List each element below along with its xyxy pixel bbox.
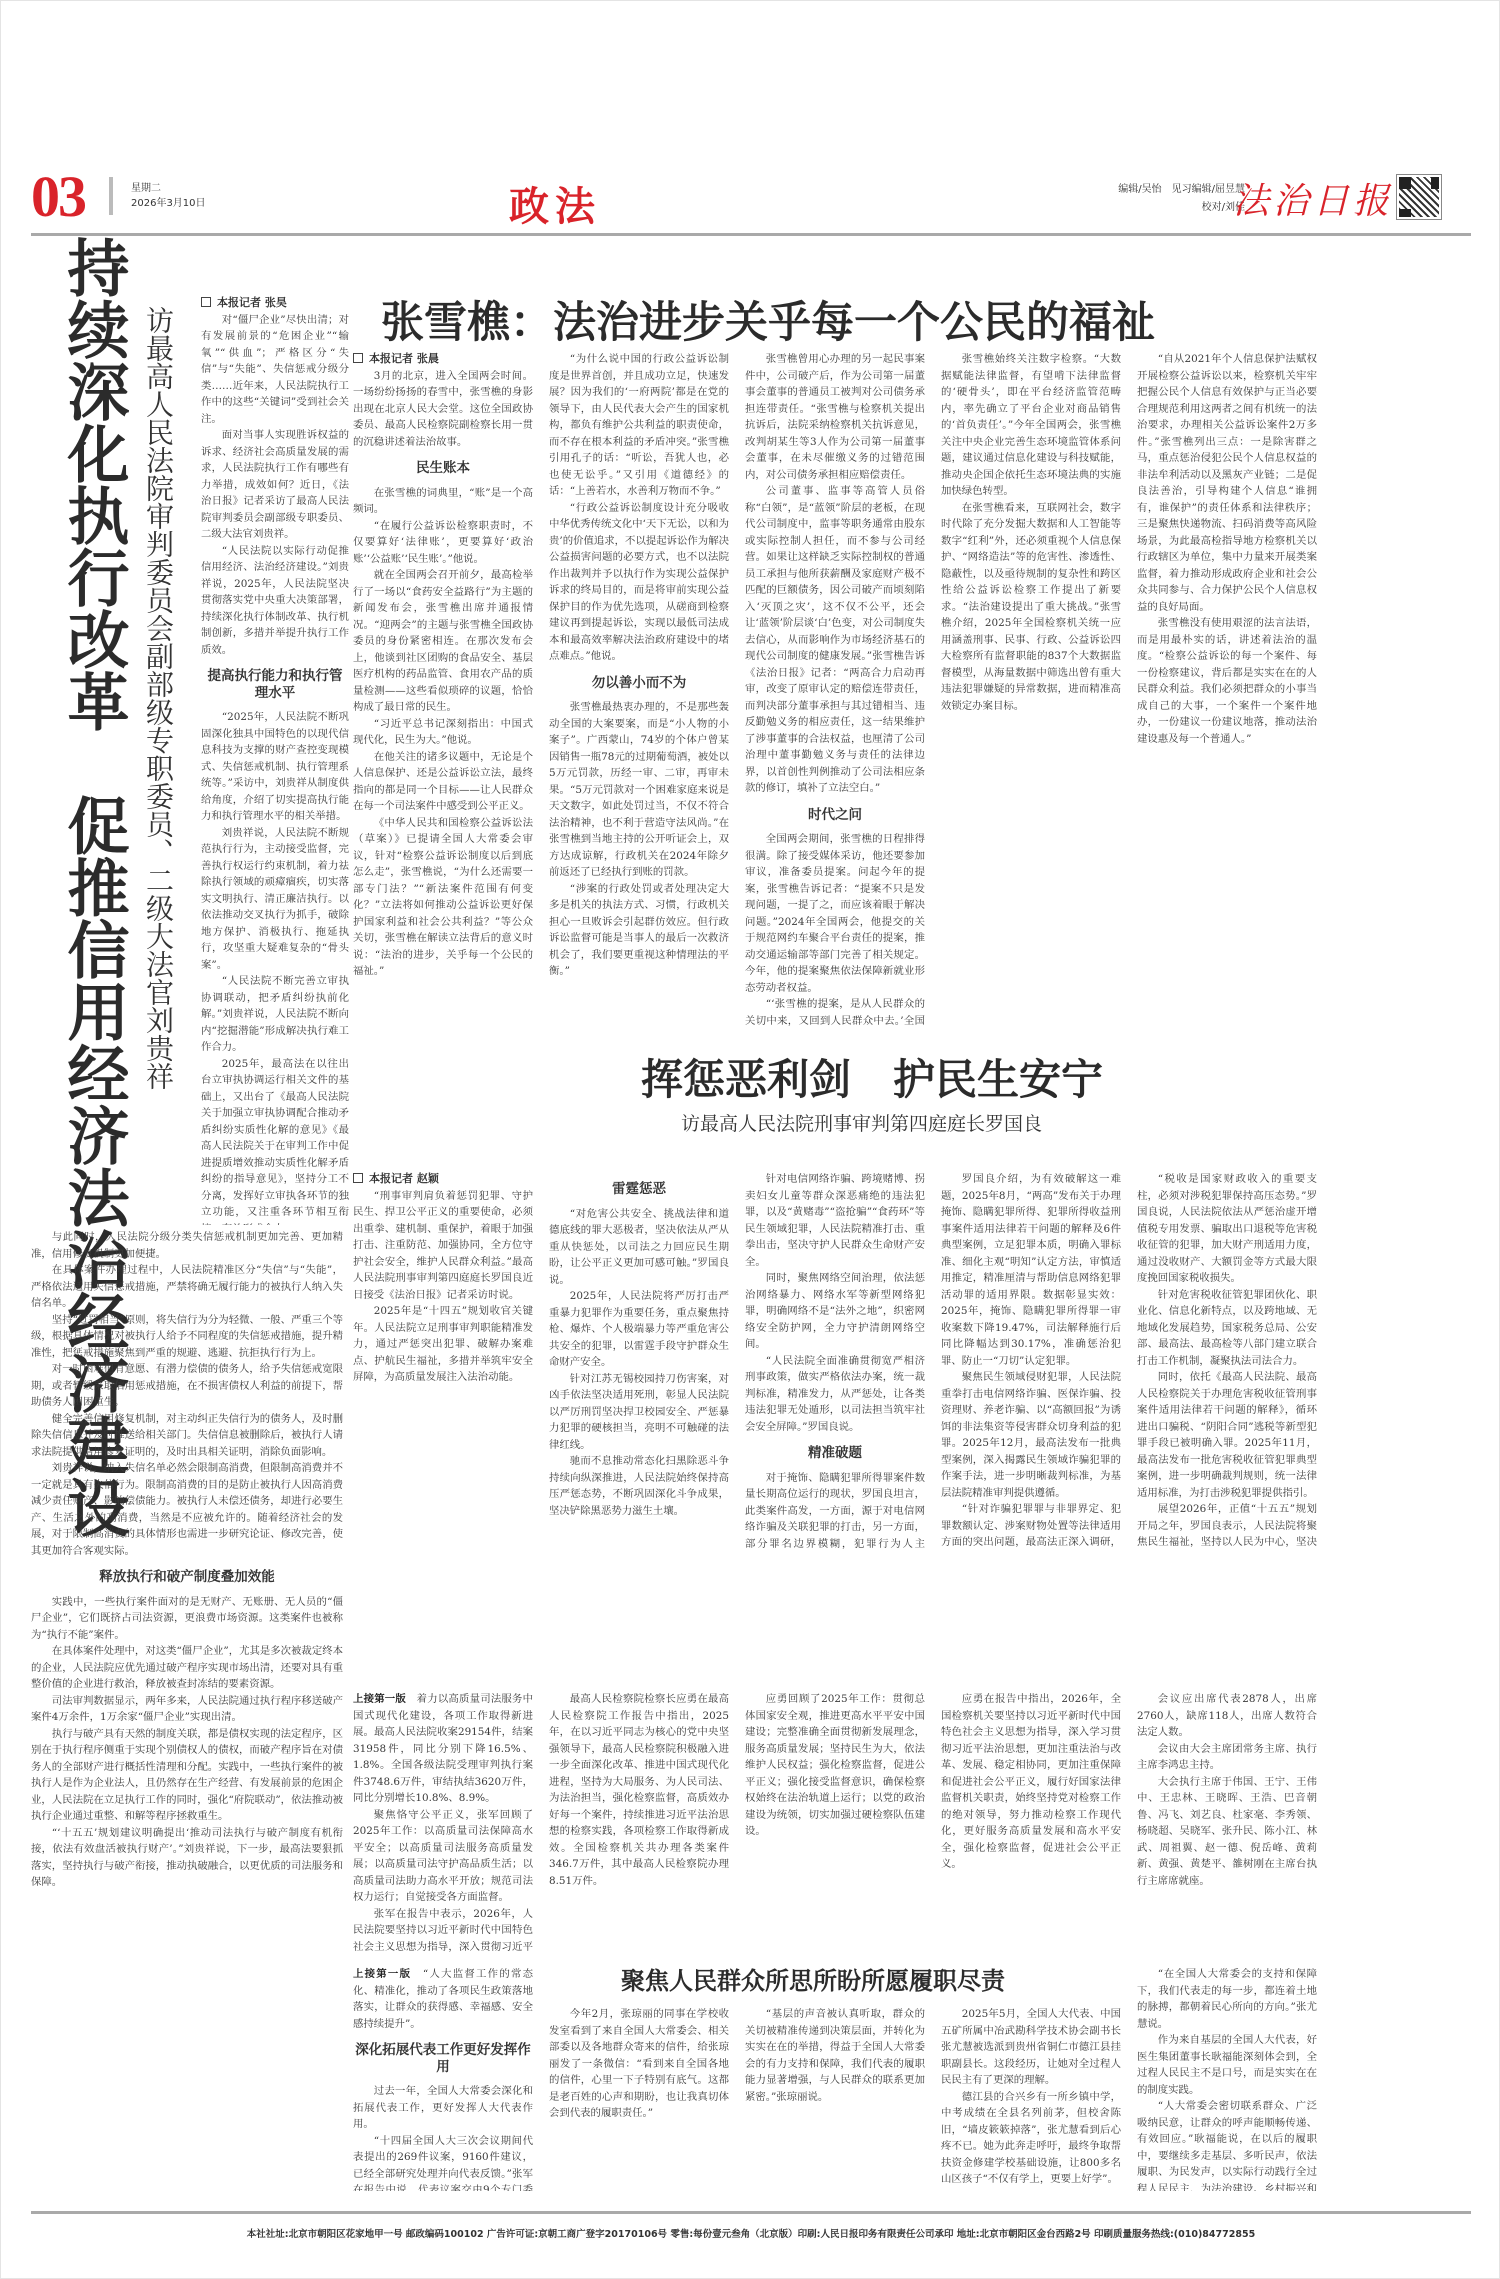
byline-box-icon [353, 353, 363, 363]
story2-column-3: 张雪樵曾用心办理的另一起民事案件中，公司破产后，作为公司第一届董事会董事的普通员… [745, 351, 925, 1031]
paragraph: 同时，聚焦网络空间治理，依法惩治网络暴力、网络水军等新型网络犯罪，明确网络不是“… [745, 1270, 925, 1353]
paragraph: 张雪樵没有使用艰涩的法言法语，而是用最朴实的话，讲述着法治的温度。“检察公益诉讼… [1137, 615, 1317, 747]
byline-box-icon [353, 1173, 363, 1183]
paragraph: 德江县的合兴乡有一所乡镇中学，中考成绩在全县名列前茅，但校舍陈旧，“墙皮簌簌掉落… [941, 2089, 1121, 2188]
story2-column-2: “为什么说中国的行政公益诉讼制度是世界首创，并且成功立足，快速发展？因为我们的‘… [549, 351, 729, 1031]
masthead: 03 星期二 2026年3月10日 政法 编辑/吴怡 见习编辑/屈昱慧 校对/刘… [31, 173, 1471, 233]
story1-byline: 本报记者 张昊 [201, 295, 349, 312]
paragraph: 张雪樵曾用心办理的另一起民事案件中，公司破产后，作为公司第一届董事会董事的普通员… [745, 351, 925, 483]
story1-column-2: 与此同时，人民法院分级分类失信惩戒机制更加完善、更加精准，信用修复机制更加便捷。… [31, 1229, 343, 2189]
paragraph: “人大常委会密切联系群众、广泛吸纳民意，让群众的呼声能顺畅传递、有效回应。”耿福… [1137, 2098, 1317, 2191]
paragraph: 刘贵祥说，人民法院不断规范执行行为，主动接受监督，完善执行权运行约束机制，着力祛… [201, 825, 349, 974]
continued-label: 上接第一版 [353, 1693, 406, 1705]
issue-date: 2026年3月10日 [131, 196, 206, 211]
story1-subhead-3: 释放执行和破产制度叠加效能 [31, 1569, 343, 1586]
paragraph: 在张雪樵的词典里，“账”是一个高频词。 [353, 485, 533, 518]
story6-column-4: “在全国人大常委会的支持和保障下，我们代表走的每一步，都连着土地的脉搏，都朝着民… [1137, 1966, 1317, 2191]
paragraph: “人民法院以实际行动促推信用经济、法治经济建设。”刘贵祥说，2025年，人民法院… [201, 543, 349, 659]
paragraph: 对“僵尸企业”尽快出清；对有发展前景的“危困企业”“输氧”“供血”；严格区分“失… [201, 312, 349, 428]
paragraph: “‘张雪樵的提案，是从人民群众的关切中来，又回到人民群众中去。’全国政协提案委员… [745, 996, 925, 1031]
story1-subheadline: 访最高人民法院审判委员会副部级专职委员、二级大法官刘贵祥 [141, 306, 175, 1090]
paragraph: “2025年，人民法院不断巩固深化独具中国特色的以现代信息科技为支撑的财产查控变… [201, 709, 349, 825]
footer-imprint: 本社社址:北京市朝阳区花家地甲一号 邮政编码100102 广告许可证:京朝工商广… [1, 2226, 1500, 2240]
paragraph: 面对当事人实现胜诉权益的诉求、经济社会高质量发展的需求，人民法院执行工作有哪些有… [201, 427, 349, 543]
footer-rule [31, 2211, 1471, 2214]
qr-code-icon[interactable] [1397, 175, 1441, 219]
weekday: 星期二 [131, 181, 206, 196]
paragraph: 针对电信网络诈骗、跨境赌博、拐卖妇女儿童等群众深恶痛绝的违法犯罪，以及“黄赌毒”… [745, 1171, 925, 1270]
story2-column-5: “自从2021年个人信息保护法赋权开展检察公益诉讼以来，检察机关牢牢把握公民个人… [1137, 351, 1317, 1031]
story4-column-2: 最高人民检察院检察长应勇在最高人民检察院工作报告中指出，2025年，在以习近平同… [549, 1691, 729, 1956]
proofreader-line: 校对/刘佳 [1118, 199, 1245, 217]
paragraph: 上接第一版 着力以高质量司法服务中国式现代化建设，各项工作取得新进展。最高人民法… [353, 1691, 533, 1807]
story3-column-1: 本报记者 赵颖 “刑事审判肩负着惩罚犯罪、守护民生、捍卫公平正义的重要使命，必须… [353, 1171, 533, 1551]
paragraph: 2025年，人民法院将严厉打击严重暴力犯罪作为重要任务，重点聚焦持枪、爆炸、个人… [549, 1288, 729, 1371]
section-title: 政法 [509, 175, 601, 232]
paragraph: 过去一年，全国人大常委会深化和拓展代表工作，更好发挥人大代表作用。 [353, 2083, 533, 2133]
page-number-divider [109, 177, 113, 215]
story3-column-5: “税收是国家财政收入的重要支柱，必须对涉税犯罪保持高压态势。”罗国良说，人民法院… [1137, 1171, 1317, 1551]
story2-column-4: 张雪樵始终关注数字检察。“大数据赋能法律监督，有望啃下法律监督的‘硬骨头’，即在… [941, 351, 1121, 1031]
paragraph: 在具体案件处理中，对这类“僵尸企业”，尤其是多次被裁定终本的企业，人民法院应优先… [31, 1643, 343, 1693]
paragraph: 聚焦民生领域侵财犯罪，人民法院重拳打击电信网络诈骗、医保诈骗、投资理财、养老诈骗… [941, 1369, 1121, 1501]
story2-column-1: 本报记者 张晨 3月的北京，进入全国两会时间。一场纷纷扬扬的春雪中，张雪樵的身影… [353, 351, 533, 1031]
story4-column-5: 会议应出席代表2878人，出席2760人，缺席118人，出席人数符合法定人数。 … [1137, 1691, 1317, 1956]
story1-subhead-1: 提高执行能力和执行管理水平 [201, 668, 349, 701]
newspaper-logo: 法治日报 [1233, 173, 1393, 224]
paragraph: 对于掩饰、隐瞒犯罪所得罪案件数量长期高位运行的现状，罗国良坦言，此类案件高发，一… [745, 1470, 925, 1552]
paragraph: 2025年是“十四五”规划收官关键年。人民法院立足刑事审判职能精准发力，通过严惩… [353, 1303, 533, 1386]
page-number: 03 [31, 167, 85, 227]
paragraph: 同时，依托《最高人民法院、最高人民检察院关于办理危害税收征管刑事案件适用法律若干… [1137, 1369, 1317, 1501]
editors-line: 编辑/吴怡 见习编辑/屈昱慧 [1118, 181, 1245, 199]
paragraph: 针对危害税收征管犯罪团伙化、职业化、信息化新特点，以及跨地域、无地域化发展趋势，… [1137, 1287, 1317, 1370]
paragraph: 大会执行主席于伟国、王宁、王伟中、王忠林、王晓晖、王浩、巴音朝鲁、冯飞、刘艺良、… [1137, 1774, 1317, 1890]
paragraph: 对一时困难但有意愿、有潜力偿债的债务人，给予失信惩戒宽限期，或者暂缓采取信用惩戒… [31, 1361, 343, 1411]
paragraph: 上接第一版 “人大监督工作的常态化、精准化，推动了各项民生政策落地落实，让群众的… [353, 1966, 533, 2032]
byline-box-icon [201, 297, 211, 307]
story4-column-1: 上接第一版 着力以高质量司法服务中国式现代化建设，各项工作取得新进展。最高人民法… [353, 1691, 533, 1956]
paragraph: 就在全国两会召开前夕，最高检举行了一场以“食药安全益路行”为主题的新闻发布会，张… [353, 567, 533, 716]
paragraph: 2025年，最高法在以往出台立审执协调运行相关文件的基础上，又出台了《最高人民法… [201, 1056, 349, 1226]
paragraph: “习近平总书记深刻指出：中国式现代化，民生为大。”他说。 [353, 716, 533, 749]
paragraph: 作为来自基层的全国人大代表，好医生集团董事长耿福能深刻体会到，全过程人民民主不是… [1137, 2032, 1317, 2098]
story3-column-4: 罗国良介绍，为有效破解这一难题，2025年8月，“两高”发布关于办理掩饰、隐瞒犯… [941, 1171, 1121, 1551]
story3-subhead-2: 精准破题 [745, 1445, 925, 1462]
paragraph: 在他关注的诸多议题中，无论是个人信息保护、还是公益诉讼立法，最终指向的都是同一个… [353, 749, 533, 815]
paragraph: “基层的声音被认真听取，群众的关切被精准传递到决策层面，并转化为实实在在的举措，… [745, 2006, 925, 2105]
paragraph: “在全国人大常委会的支持和保障下，我们代表走的每一步，都连着土地的脉搏，都朝着民… [1137, 1966, 1317, 2032]
paragraph: 展望2026年，正值“十五五”规划开局之年，罗国良表示，人民法院将聚焦民生福祉，… [1137, 1501, 1317, 1551]
paragraph: “针对诈骗犯罪罪与非罪界定、犯罪数额认定、涉案财物处置等法律适用方面的突出问题，… [941, 1501, 1121, 1551]
paragraph: “对危害公共安全、挑战法律和道德底线的罪大恶极者，坚决依法从严从重从快惩处，以司… [549, 1206, 729, 1289]
paragraph: 在具体案件办理过程中，人民法院精准区分“失信”与“失能”，严格依法适用失信惩戒措… [31, 1262, 343, 1312]
paragraph: 罗国良介绍，为有效破解这一难题，2025年8月，“两高”发布关于办理掩饰、隐瞒犯… [941, 1171, 1121, 1369]
story1-column-1: 本报记者 张昊 对“僵尸企业”尽快出清；对有发展前景的“危困企业”“输氧”“供血… [201, 295, 349, 1225]
paragraph: “在履行公益诉讼检察职责时，不仅要算好‘法律账’，更要算好‘政治账’‘公益账’‘… [353, 518, 533, 568]
paragraph: 在张雪樵看来，互联网社会，数字时代除了充分发掘大数据和人工智能等数字“红利”外，… [941, 500, 1121, 715]
story2-subhead-2: 勿以善小而不为 [549, 675, 729, 692]
paragraph: “人民法院不断完善立审执协调联动，把矛盾纠纷执前化解。”刘贵祥说，人民法院不断向… [201, 973, 349, 1056]
paragraph: “税收是国家财政收入的重要支柱，必须对涉税犯罪保持高压态势。”罗国良说，人民法院… [1137, 1171, 1317, 1287]
paragraph: “为什么说中国的行政公益诉讼制度是世界首创，并且成功立足，快速发展？因为我们的‘… [549, 351, 729, 500]
paragraph: 2025年5月，全国人大代表、中国五矿所属中冶武勘科学技术协会副书长张尤慧被选派… [941, 2006, 1121, 2089]
paragraph: 张雪樵始终关注数字检察。“大数据赋能法律监督，有望啃下法律监督的‘硬骨头’，即在… [941, 351, 1121, 500]
paragraph: “十四届全国人大三次会议期间代表提出的269件议案，9160件建议，已经全部研究… [353, 2133, 533, 2192]
newspaper-page: 03 星期二 2026年3月10日 政法 编辑/吴怡 见习编辑/屈昱慧 校对/刘… [0, 0, 1500, 2279]
paragraph: 会议应出席代表2878人，出席2760人，缺席118人，出席人数符合法定人数。 [1137, 1691, 1317, 1741]
paragraph: 实践中，一些执行案件面对的是无财产、无账册、无人员的“僵尸企业”，它们既挤占司法… [31, 1594, 343, 1644]
story6-column-3: 2025年5月，全国人大代表、中国五矿所属中冶武勘科学技术协会副书长张尤慧被选派… [941, 2006, 1121, 2191]
story5-column-1: 上接第一版 “人大监督工作的常态化、精准化，推动了各项民生政策落地落实，让群众的… [353, 1966, 533, 2191]
story3-column-2: 雷霆惩恶 “对危害公共安全、挑战法律和道德底线的罪大恶极者，坚决依法从严从重从快… [549, 1171, 729, 1551]
story5-subhead-1: 深化拓展代表工作更好发挥作用 [353, 2042, 533, 2075]
paragraph: 会议由大会主席团常务主席、执行主席李鸿忠主持。 [1137, 1741, 1317, 1774]
story2-subhead-1: 民生账本 [353, 460, 533, 477]
paragraph: 与此同时，人民法院分级分类失信惩戒机制更加完善、更加精准，信用修复机制更加便捷。 [31, 1229, 343, 1262]
story4-column-4: 应勇在报告中指出，2026年，全国检察机关要坚持以习近平新时代中国特色社会主义思… [941, 1691, 1121, 1956]
continued-label: 上接第一版 [353, 1968, 411, 1980]
paragraph: 张军在报告中表示，2026年，人民法院要坚持以习近平新时代中国特色社会主义思想为… [353, 1906, 533, 1957]
story6-column-1: 今年2月，张琼丽的同事在学校收发室看到了来自全国人大常委会、相关部委以及各地群众… [549, 2006, 729, 2191]
paragraph: 今年2月，张琼丽的同事在学校收发室看到了来自全国人大常委会、相关部委以及各地群众… [549, 2006, 729, 2122]
paragraph: “行政公益诉讼制度设计充分吸收中华优秀传统文化中‘天下无讼，以和为贵’的价值追求… [549, 500, 729, 665]
story3-column-3: 针对电信网络诈骗、跨境赌博、拐卖妇女儿童等群众深恶痛绝的违法犯罪，以及“黄赌毒”… [745, 1171, 925, 1551]
date-block: 星期二 2026年3月10日 [131, 181, 206, 211]
story6-column-2: “基层的声音被认真听取，群众的关切被精准传递到决策层面，并转化为实实在在的举措，… [745, 2006, 925, 2191]
paragraph: 全国两会期间，张雪樵的日程排得很满。除了接受媒体采访，他还要参加审议，准备委员提… [745, 831, 925, 996]
paragraph: 最高人民检察院检察长应勇在最高人民检察院工作报告中指出，2025年，在以习近平同… [549, 1691, 729, 1889]
paragraph: “涉案的行政处罚或者处理决定大多是机关的执法方式、习惯，行政机关担心一旦败诉会引… [549, 881, 729, 980]
paragraph: 公司董事、监事等高管人员俗称“白领”，是“蓝领”阶层的老板，在现代公司制度中，监… [745, 483, 925, 797]
editor-credits: 编辑/吴怡 见习编辑/屈昱慧 校对/刘佳 [1118, 181, 1245, 217]
paragraph: 驰而不息推动常态化扫黑除恶斗争持续向纵深推进，人民法院始终保持高压严惩态势，不断… [549, 1453, 729, 1519]
paragraph: 司法审判数据显示，两年多来，人民法院通过执行程序移送破产案件4万余件，1万余家“… [31, 1693, 343, 1726]
story6-headline[interactable]: 聚焦人民群众所思所盼所愿履职尽责 [621, 1961, 1005, 1996]
story3-headline[interactable]: 挥惩恶利剑 护民生安宁 [641, 1047, 1103, 1107]
paragraph: “‘十五五’规划建议明确提出‘推动司法执行与破产制度有机衔接，依法有效盘活被执行… [31, 1825, 343, 1891]
paragraph: 刘贵祥说，纳入失信名单必然会限制高消费，但限制高消费并不一定就是具有失信行为。限… [31, 1460, 343, 1559]
story4-column-3: 应勇回顾了2025年工作：贯彻总体国家安全观，推进更高水平平安中国建设；完整准确… [745, 1691, 925, 1956]
paragraph: 《中华人民共和国检察公益诉讼法（草案）》已提请全国人大常委会审议，针对“检察公益… [353, 815, 533, 980]
story3-byline: 本报记者 赵颖 [353, 1171, 533, 1188]
paragraph: 针对江苏无锡校园持刀伤害案，对凶手依法坚决适用死刑，彰显人民法院以严厉刑罚坚决捍… [549, 1371, 729, 1454]
story3-subhead-1: 雷霆惩恶 [549, 1181, 729, 1198]
paragraph: 坚持“过罚相当”原则，将失信行为分为轻微、一般、严重三个等级，根据具体情况对被执… [31, 1312, 343, 1362]
paragraph: 3月的北京，进入全国两会时间。一场纷纷扬扬的春雪中，张雪樵的身影出现在北京人民大… [353, 368, 533, 451]
paragraph: 应勇在报告中指出，2026年，全国检察机关要坚持以习近平新时代中国特色社会主义思… [941, 1691, 1121, 1873]
story3-subheadline: 访最高人民法院刑事审判第四庭庭长罗国良 [681, 1109, 1042, 1136]
story2-byline: 本报记者 张晨 [353, 351, 533, 368]
masthead-rule [31, 233, 1471, 236]
paragraph: “刑事审判肩负着惩罚犯罪、守护民生、捍卫公平正义的重要使命，必须出重拳、建机制、… [353, 1188, 533, 1304]
paragraph: “自从2021年个人信息保护法赋权开展检察公益诉讼以来，检察机关牢牢把握公民个人… [1137, 351, 1317, 615]
paragraph: 聚焦恪守公平正义，张军回顾了2025年工作：以高质量司法保障高水平安全；以高质量… [353, 1807, 533, 1906]
paragraph: 应勇回顾了2025年工作：贯彻总体国家安全观，推进更高水平平安中国建设；完整准确… [745, 1691, 925, 1840]
story2-headline[interactable]: 张雪樵：法治进步关乎每一个公民的福祉 [381, 289, 1155, 350]
paragraph: 张雪樵最热衷办理的，不是那些轰动全国的大案要案，而是“小人物的小案子”。广西蒙山… [549, 699, 729, 881]
paragraph: 执行与破产具有天然的制度关联，都是债权实现的法定程序，区别在于执行程序侧重于实现… [31, 1726, 343, 1825]
story2-subhead-3: 时代之问 [745, 807, 925, 824]
paragraph: “人民法院全面准确贯彻宽严相济刑事政策，做实严格依法办案，统一裁判标准，精准发力… [745, 1353, 925, 1436]
paragraph: 健全完善信用修复机制，对主动纠正失信行为的债务人，及时删除失信信息并及时推送给相… [31, 1411, 343, 1461]
